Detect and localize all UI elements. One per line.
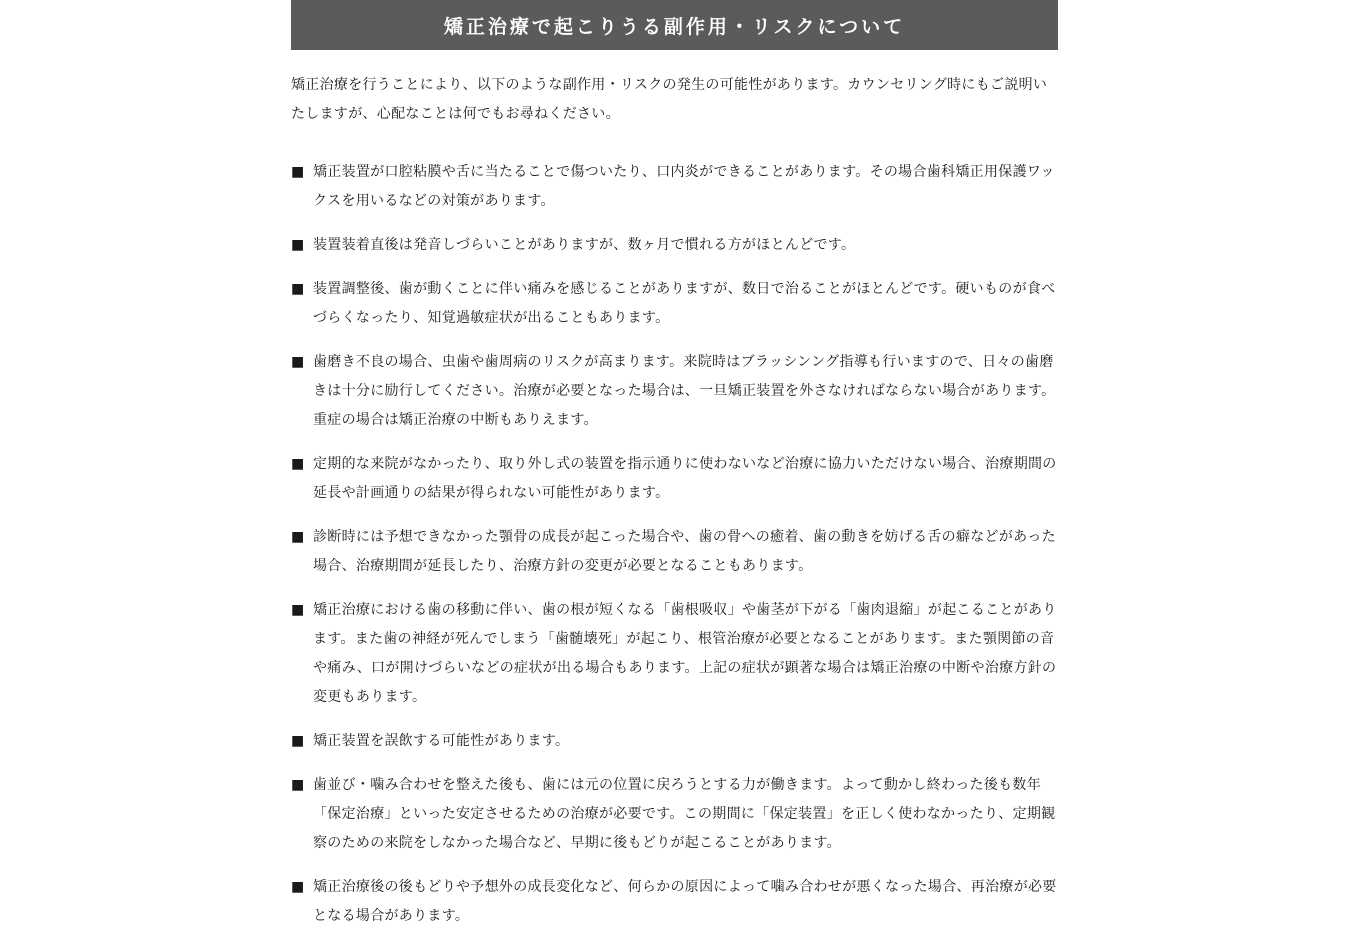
risk-item: ■ 診断時には予想できなかった顎骨の成長が起こった場合や、歯の骨への癒着、歯の動… [291,523,1058,581]
square-bullet-icon: ■ [291,275,313,333]
risk-text: 矯正治療における歯の移動に伴い、歯の根が短くなる「歯根吸収」や歯茎が下がる「歯肉… [313,596,1058,712]
square-bullet-icon: ■ [291,727,313,756]
square-bullet-icon: ■ [291,348,313,435]
risk-text: 定期的な来院がなかったり、取り外し式の装置を指示通りに使わないなど治療に協力いた… [313,450,1058,508]
risk-item: ■ 定期的な来院がなかったり、取り外し式の装置を指示通りに使わないなど治療に協力… [291,450,1058,508]
square-bullet-icon: ■ [291,158,313,216]
risk-text: 装置装着直後は発音しづらいことがありますが、数ヶ月で慣れる方がほとんどです。 [313,231,1058,260]
risk-list: ■ 矯正装置が口腔粘膜や舌に当たることで傷ついたり、口内炎ができることがあります… [291,158,1058,924]
risk-item: ■ 矯正治療における歯の移動に伴い、歯の根が短くなる「歯根吸収」や歯茎が下がる「… [291,596,1058,712]
square-bullet-icon: ■ [291,450,313,508]
section-title: 矯正治療で起こりうる副作用・リスクについて [444,12,905,39]
risk-item: ■ 装置装着直後は発音しづらいことがありますが、数ヶ月で慣れる方がほとんどです。 [291,231,1058,260]
square-bullet-icon: ■ [291,523,313,581]
risk-text: 矯正治療後の後もどりや予想外の成長変化など、何らかの原因によって噛み合わせが悪く… [313,873,1058,924]
intro-paragraph: 矯正治療を行うことにより、以下のような副作用・リスクの発生の可能性があります。カ… [291,71,1058,129]
risks-section: 矯正治療で起こりうる副作用・リスクについて 矯正治療を行うことにより、以下のよう… [291,0,1058,924]
risk-text: 診断時には予想できなかった顎骨の成長が起こった場合や、歯の骨への癒着、歯の動きを… [313,523,1058,581]
risk-item: ■ 歯並び・噛み合わせを整えた後も、歯には元の位置に戻ろうとする力が働きます。よ… [291,771,1058,858]
risk-text: 矯正装置が口腔粘膜や舌に当たることで傷ついたり、口内炎ができることがあります。そ… [313,158,1058,216]
risk-item: ■ 装置調整後、歯が動くことに伴い痛みを感じることがありますが、数日で治ることが… [291,275,1058,333]
square-bullet-icon: ■ [291,873,313,924]
risk-item: ■ 歯磨き不良の場合、虫歯や歯周病のリスクが高まります。来院時はブラッシンング指… [291,348,1058,435]
risk-text: 矯正装置を誤飲する可能性があります。 [313,727,1058,756]
section-title-bar: 矯正治療で起こりうる副作用・リスクについて [291,0,1058,50]
risk-item: ■ 矯正装置を誤飲する可能性があります。 [291,727,1058,756]
risk-text: 歯磨き不良の場合、虫歯や歯周病のリスクが高まります。来院時はブラッシンング指導も… [313,348,1058,435]
risk-item: ■ 矯正装置が口腔粘膜や舌に当たることで傷ついたり、口内炎ができることがあります… [291,158,1058,216]
square-bullet-icon: ■ [291,596,313,712]
square-bullet-icon: ■ [291,771,313,858]
risk-text: 装置調整後、歯が動くことに伴い痛みを感じることがありますが、数日で治ることがほと… [313,275,1058,333]
risk-text: 歯並び・噛み合わせを整えた後も、歯には元の位置に戻ろうとする力が働きます。よって… [313,771,1058,858]
risk-item: ■ 矯正治療後の後もどりや予想外の成長変化など、何らかの原因によって噛み合わせが… [291,873,1058,924]
square-bullet-icon: ■ [291,231,313,260]
